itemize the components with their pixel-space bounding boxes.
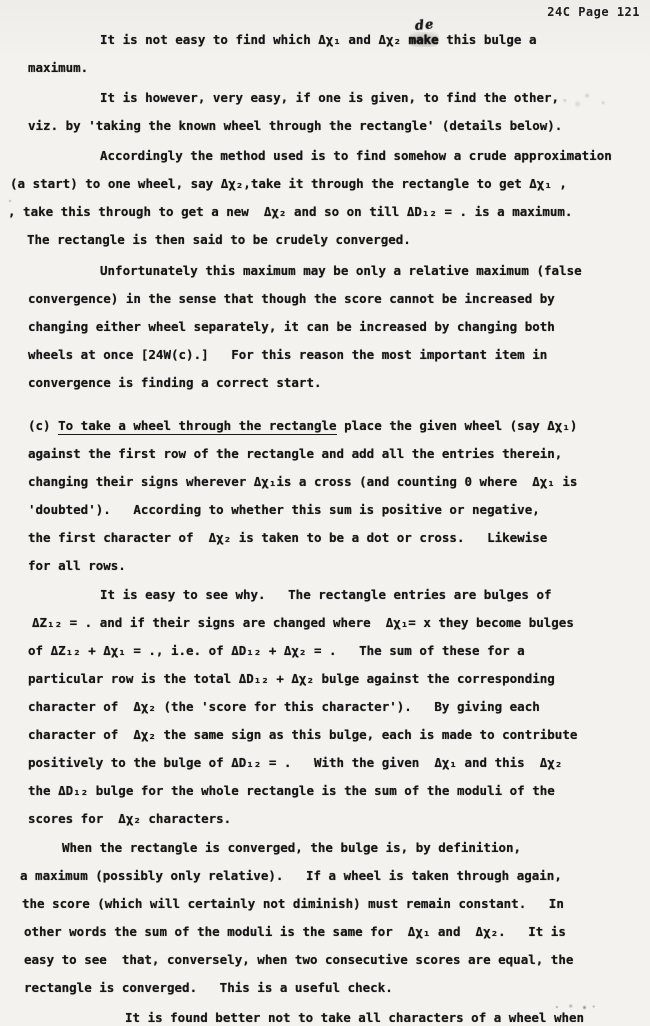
- text-segment: character of Δχ₂ the same sign as this b…: [28, 727, 577, 742]
- text-line: (a start) to one wheel, say Δχ₂,take it …: [10, 170, 650, 198]
- document-page: { "page": { "header": "24C Page 121", "p…: [0, 0, 650, 1026]
- text-segment: (c): [28, 418, 58, 433]
- text-line: against the first row of the rectangle a…: [28, 440, 650, 468]
- text-line: When the rectangle is converged, the bul…: [62, 834, 650, 862]
- text-segment: The rectangle is then said to be crudely…: [27, 232, 411, 247]
- text-segment: rectangle is converged. This is a useful…: [24, 980, 393, 995]
- page-header: 24C Page 121: [547, 5, 640, 19]
- text-line: a maximum (possibly only relative). If a…: [20, 862, 650, 890]
- text-line: the first character of Δχ₂ is taken to b…: [28, 524, 650, 552]
- text-line: The rectangle is then said to be crudely…: [27, 226, 650, 254]
- text-line: for all rows.: [28, 552, 650, 580]
- text-line: character of Δχ₂ (the 'score for this ch…: [28, 693, 650, 721]
- text-line: , take this through to get a new Δχ₂ and…: [8, 198, 650, 226]
- text-segment: convergence) in the sense that though th…: [28, 291, 555, 306]
- text-segment: scores for Δχ₂ characters.: [28, 811, 231, 826]
- text-segment: character of Δχ₂ (the 'score for this ch…: [28, 699, 540, 714]
- text-line: other words the sum of the moduli is the…: [24, 918, 650, 946]
- text-segment: convergence is finding a correct start.: [28, 375, 322, 390]
- text-line: wheels at once [24W(c).] For this reason…: [28, 341, 650, 369]
- text-segment: place the given wheel (say Δχ₁): [337, 418, 578, 433]
- text-line: the score (which will certainly not dimi…: [22, 890, 650, 918]
- text-line: (c) To take a wheel through the rectangl…: [28, 412, 650, 440]
- text-segment: particular row is the total ΔD₁₂ + Δχ₂ b…: [28, 671, 555, 686]
- text-line: It is easy to see why. The rectangle ent…: [100, 581, 650, 609]
- text-line: It is not easy to find which Δχ₁ and Δχ₂…: [100, 26, 650, 54]
- text-line: changing either wheel separately, it can…: [28, 313, 650, 341]
- text-segment: against the first row of the rectangle a…: [28, 446, 562, 461]
- text-line: 'doubted'). According to whether this su…: [28, 496, 650, 524]
- text-line: convergence) in the sense that though th…: [28, 285, 650, 313]
- text-segment: 'doubted'). According to whether this su…: [28, 502, 540, 517]
- text-line: maximum.: [28, 54, 650, 82]
- text-segment: Unfortunately this maximum may be only a…: [100, 263, 582, 278]
- text-line: It is however, very easy, if one is give…: [100, 84, 650, 112]
- smudged-word: makede: [409, 32, 439, 47]
- text-segment: positively to the bulge of ΔD₁₂ = . With…: [28, 755, 562, 770]
- text-segment: It is found better not to take all chara…: [125, 1010, 584, 1025]
- text-segment: the ΔD₁₂ bulge for the whole rectangle i…: [28, 783, 555, 798]
- text-line: changing their signs wherever Δχ₁is a cr…: [28, 468, 650, 496]
- text-line: Accordingly the method used is to find s…: [100, 142, 650, 170]
- text-line: character of Δχ₂ the same sign as this b…: [28, 721, 650, 749]
- text-line: Unfortunately this maximum may be only a…: [100, 257, 650, 285]
- text-segment: viz. by 'taking the known wheel through …: [28, 118, 562, 133]
- text-segment: It is not easy to find which Δχ₁ and Δχ₂: [100, 32, 409, 47]
- text-segment: Accordingly the method used is to find s…: [100, 148, 612, 163]
- text-line: the ΔD₁₂ bulge for the whole rectangle i…: [28, 777, 650, 805]
- text-segment: It is however, very easy, if one is give…: [100, 90, 559, 105]
- text-line: of ΔZ₁₂ + Δχ₁ = ., i.e. of ΔD₁₂ + Δχ₂ = …: [28, 637, 650, 665]
- text-line: positively to the bulge of ΔD₁₂ = . With…: [28, 749, 650, 777]
- text-line: It is found better not to take all chara…: [125, 1004, 650, 1026]
- text-segment: a maximum (possibly only relative). If a…: [20, 868, 562, 883]
- text-line: viz. by 'taking the known wheel through …: [28, 112, 650, 140]
- handwritten-annotation: de: [414, 18, 435, 33]
- text-line: convergence is finding a correct start.: [28, 369, 650, 397]
- text-segment: It is easy to see why. The rectangle ent…: [100, 587, 552, 602]
- text-segment: changing either wheel separately, it can…: [28, 319, 555, 334]
- text-segment: for all rows.: [28, 558, 126, 573]
- text-line: ΔZ₁₂ = . and if their signs are changed …: [32, 609, 650, 637]
- text-segment: ΔZ₁₂ = . and if their signs are changed …: [32, 615, 574, 630]
- text-segment: the score (which will certainly not dimi…: [22, 896, 564, 911]
- text-segment: other words the sum of the moduli is the…: [24, 924, 566, 939]
- text-line: particular row is the total ΔD₁₂ + Δχ₂ b…: [28, 665, 650, 693]
- text-segment: maximum.: [28, 60, 88, 75]
- underlined-heading: To take a wheel through the rectangle: [58, 418, 336, 435]
- text-line: rectangle is converged. This is a useful…: [24, 974, 650, 1002]
- text-segment: wheels at once [24W(c).] For this reason…: [28, 347, 547, 362]
- text-segment: easy to see that, conversely, when two c…: [24, 952, 573, 967]
- text-segment: the first character of Δχ₂ is taken to b…: [28, 530, 547, 545]
- text-line: scores for Δχ₂ characters.: [28, 805, 650, 833]
- text-segment: , take this through to get a new Δχ₂ and…: [8, 204, 572, 219]
- text-segment: changing their signs wherever Δχ₁is a cr…: [28, 474, 577, 489]
- text-body: It is not easy to find which Δχ₁ and Δχ₂…: [0, 26, 650, 1026]
- text-segment: of ΔZ₁₂ + Δχ₁ = ., i.e. of ΔD₁₂ + Δχ₂ = …: [28, 643, 525, 658]
- text-segment: this bulge a: [439, 32, 537, 47]
- text-segment: (a start) to one wheel, say Δχ₂,take it …: [10, 176, 567, 191]
- text-line: easy to see that, conversely, when two c…: [24, 946, 650, 974]
- text-segment: When the rectangle is converged, the bul…: [62, 840, 521, 855]
